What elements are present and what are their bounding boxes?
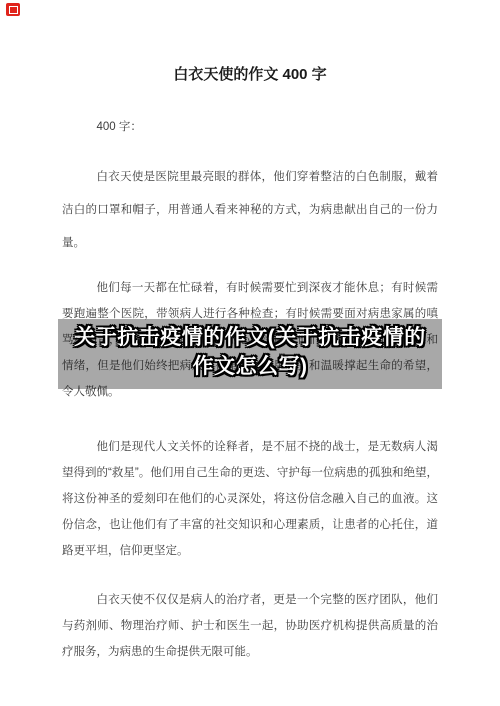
corner-logo-glyph <box>9 6 18 14</box>
article-paragraph: 白衣天使是医院里最亮眼的群体，他们穿着整洁的白色制服，戴着洁白的口罩和帽子，用普… <box>62 161 438 260</box>
watermark-overlay-band: 关于抗击疫情的作文(关于抗击疫情的 作文怎么写) <box>58 319 442 389</box>
article-body: 400 字： 白衣天使是医院里最亮眼的群体，他们穿着整洁的白色制服，戴着洁白的口… <box>0 114 500 665</box>
article-paragraph: 他们是现代人文关怀的诠释者，是不屈不挠的战士，是无数病人渴望得到的“救星”。他们… <box>62 434 438 564</box>
page: { "badge": { "color": "#e0241c" }, "arti… <box>0 0 500 706</box>
word-count-label: 400 字： <box>62 114 438 140</box>
watermark-title-line1: 关于抗击疫情的作文(关于抗击疫情的 <box>58 323 442 352</box>
watermark-title-line2: 作文怎么写) <box>58 352 442 381</box>
article-title: 白衣天使的作文 400 字 <box>0 66 500 84</box>
corner-logo-badge <box>6 3 20 16</box>
article-paragraph: 白衣天使不仅仅是病人的治疗者，更是一个完整的医疗团队，他们与药剂师、物理治疗师、… <box>62 587 438 665</box>
